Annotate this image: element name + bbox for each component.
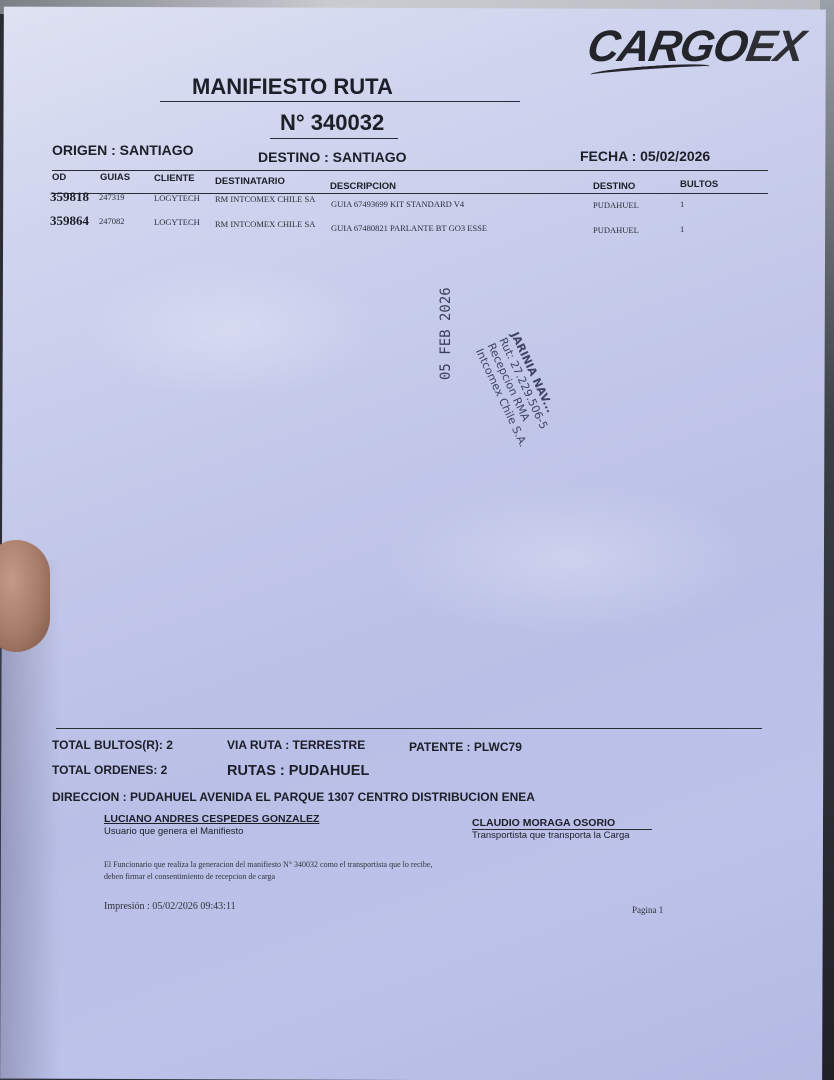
row-descripcion: GUIA 67493699 KIT STANDARD V4 — [331, 199, 464, 209]
total-bultos: TOTAL BULTOS(R): 2 — [52, 738, 173, 752]
title-underline — [160, 101, 520, 102]
row-guias: 247319 — [99, 192, 125, 202]
paper-crease — [80, 260, 380, 400]
row-od: 359818 — [50, 189, 89, 205]
manifest-number: N° 340032 — [280, 110, 384, 136]
patente: PATENTE : PLWC79 — [409, 740, 522, 754]
row-destino: PUDAHUEL — [593, 225, 639, 235]
paper-crease — [380, 480, 760, 640]
notice-line-1: El Funcionario que realiza la generacion… — [104, 860, 432, 869]
generator-name: LUCIANO ANDRES CESPEDES GONZALEZ — [104, 813, 319, 825]
row-destino: PUDAHUEL — [593, 200, 639, 210]
row-cliente: LOGYTECH — [154, 217, 200, 227]
page-number: Pagina 1 — [632, 905, 663, 915]
carrier-role: Transportista que transporta la Carga — [472, 830, 630, 841]
carrier-name: CLAUDIO MORAGA OSORIO — [472, 817, 615, 829]
logo-main-text: CARGO — [584, 22, 751, 71]
row-destinatario: RM INTCOMEX CHILE SA — [215, 219, 315, 229]
col-descripcion: DESCRIPCION — [330, 181, 396, 192]
col-destino: DESTINO — [593, 181, 635, 192]
rutas: RUTAS : PUDAHUEL — [227, 763, 369, 779]
direccion: DIRECCION : PUDAHUEL AVENIDA EL PARQUE 1… — [52, 790, 535, 804]
document-title: MANIFIESTO RUTA — [192, 74, 393, 100]
origen-label: ORIGEN : SANTIAGO — [52, 142, 194, 158]
logo-accent-text: EX — [743, 22, 808, 71]
row-descripcion: GUIA 67480821 PARLANTE BT GO3 ESSE — [331, 223, 487, 233]
row-bultos: 1 — [680, 224, 684, 234]
row-cliente: LOGYTECH — [154, 193, 200, 203]
number-underline — [270, 138, 398, 139]
notice-line-2: deben firmar el consentimiento de recepc… — [104, 872, 275, 881]
row-destinatario: RM INTCOMEX CHILE SA — [215, 194, 315, 204]
via-ruta: VIA RUTA : TERRESTRE — [227, 738, 365, 752]
date-stamp: 05 FEB 2026 — [438, 287, 454, 380]
holding-thumb — [0, 540, 50, 652]
row-guias: 247082 — [99, 216, 125, 226]
total-ordenes: TOTAL ORDENES: 2 — [52, 763, 167, 777]
col-guias: GUIAS — [100, 172, 130, 183]
table-top-rule — [52, 170, 768, 171]
fecha-label: FECHA : 05/02/2026 — [580, 148, 710, 164]
row-od: 359864 — [50, 213, 89, 229]
footer-rule — [56, 728, 762, 729]
col-bultos: BULTOS — [680, 179, 718, 190]
row-bultos: 1 — [680, 199, 684, 209]
print-timestamp: Impresión : 05/02/2026 09:43:11 — [104, 901, 236, 912]
col-cliente: CLIENTE — [154, 173, 195, 184]
generator-role: Usuario que genera el Manifiesto — [104, 826, 243, 837]
col-destinatario: DESTINATARIO — [215, 176, 285, 187]
destino-label: DESTINO : SANTIAGO — [258, 149, 407, 165]
col-od: OD — [52, 172, 66, 183]
